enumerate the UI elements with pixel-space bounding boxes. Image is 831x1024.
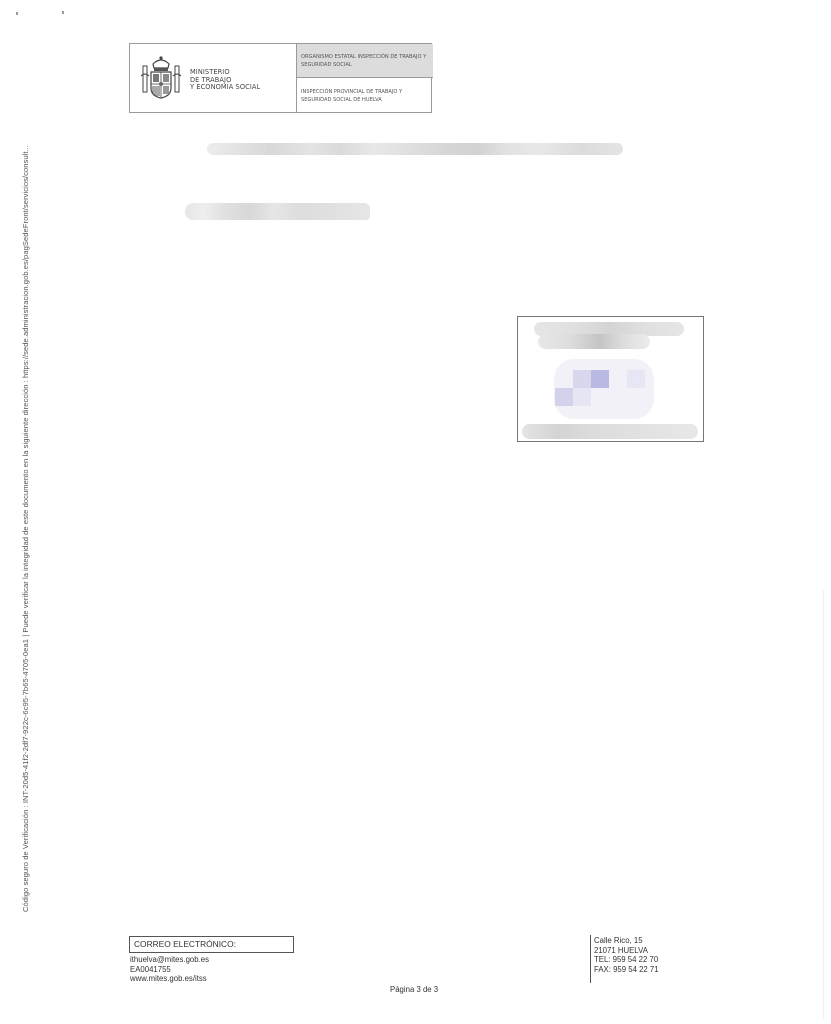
redacted-text-line (207, 143, 623, 155)
redacted-blob (538, 334, 650, 349)
address-street: Calle Rico, 15 (594, 936, 659, 946)
footer-address: Calle Rico, 15 21071 HUELVA TEL: 959 54 … (590, 935, 659, 983)
footer-email[interactable]: ithuelva@mites.gob.es (130, 955, 209, 965)
ministry-name: MINISTERIO DE TRABAJO Y ECONOMÍA SOCIAL (190, 69, 260, 92)
scan-edge (823, 590, 824, 1020)
ministry-block: MINISTERIO DE TRABAJO Y ECONOMÍA SOCIAL (130, 44, 296, 112)
scan-mark (16, 12, 18, 15)
redacted-blob (522, 424, 698, 439)
redacted-text-line (185, 203, 370, 220)
redacted-pixel (573, 370, 591, 388)
redacted-pixel (591, 370, 609, 388)
provincial-office-name: INSPECCIÓN PROVINCIAL DE TRABAJO Y SEGUR… (297, 78, 433, 104)
redacted-pixel (627, 370, 645, 388)
organism-name: ORGANISMO ESTATAL INSPECCIÓN DE TRABAJO … (297, 44, 433, 78)
spain-coat-of-arms-icon (140, 54, 182, 102)
scan-mark (62, 11, 64, 14)
redacted-signature-box (517, 316, 704, 442)
footer-code: EA0041755 (130, 965, 209, 975)
address-city: 21071 HUELVA (594, 946, 659, 956)
redacted-pixel (555, 388, 573, 406)
email-label-box: CORREO ELECTRÓNICO: (129, 936, 294, 953)
verification-code-sidebar: Código seguro de Verificación : INT-20d5… (21, 145, 30, 912)
phone: TEL: 959 54 22 70 (594, 955, 659, 965)
letterhead: MINISTERIO DE TRABAJO Y ECONOMÍA SOCIAL … (129, 43, 432, 113)
footer-website[interactable]: www.mites.gob.es/itss (130, 974, 209, 984)
office-block: ORGANISMO ESTATAL INSPECCIÓN DE TRABAJO … (296, 44, 433, 112)
fax: FAX: 959 54 22 71 (594, 965, 659, 975)
redacted-pixel (573, 388, 591, 406)
footer-contact: ithuelva@mites.gob.es EA0041755 www.mite… (130, 955, 209, 984)
page-number: Página 3 de 3 (390, 985, 438, 994)
